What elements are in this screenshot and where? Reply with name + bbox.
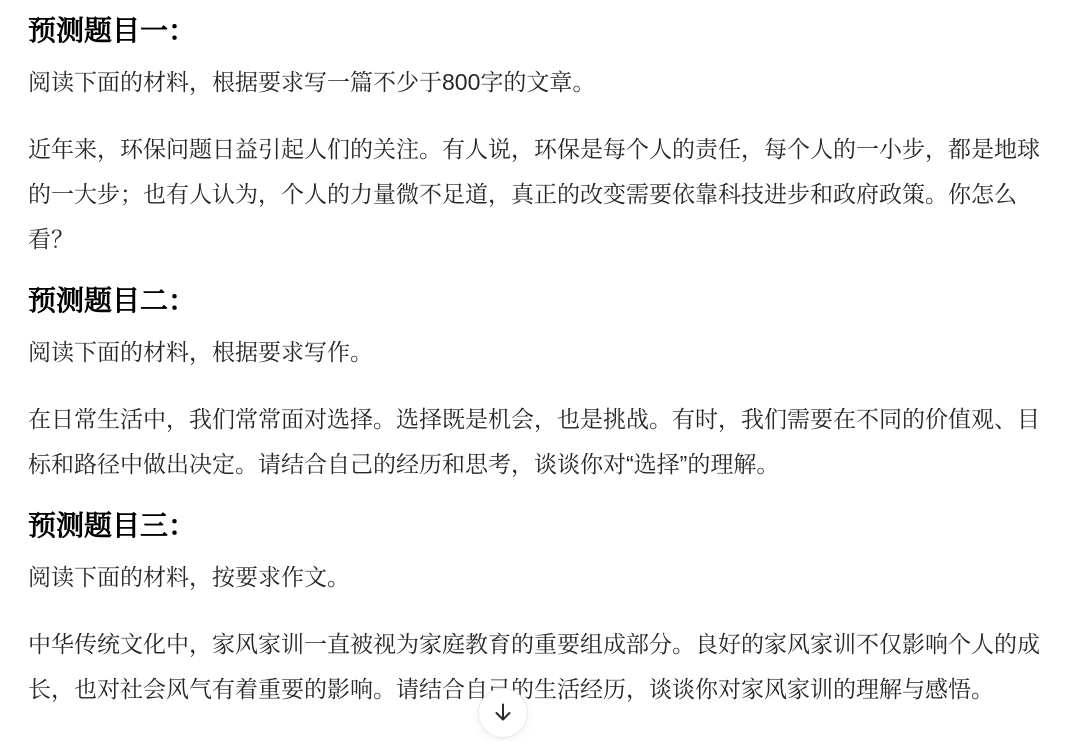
topic-3-heading: 预测题目三： [28,509,1052,543]
topic-2-material: 在日常生活中，我们常常面对选择。选择既是机会，也是挑战。有时，我们需要在不同的价… [28,397,1052,487]
arrow-down-icon [491,701,515,725]
topic-2-instruction: 阅读下面的材料，根据要求写作。 [28,330,1052,375]
section-topic-2: 预测题目二： 阅读下面的材料，根据要求写作。 在日常生活中，我们常常面对选择。选… [28,284,1052,487]
topic-3-material: 中华传统文化中，家风家训一直被视为家庭教育的重要组成部分。良好的家风家训不仅影响… [28,622,1052,712]
scroll-to-bottom-button[interactable] [478,688,528,738]
topic-1-heading: 预测题目一： [28,14,1052,48]
topic-3-instruction: 阅读下面的材料，按要求作文。 [28,555,1052,600]
topic-2-heading: 预测题目二： [28,284,1052,318]
section-topic-1: 预测题目一： 阅读下面的材料，根据要求写一篇不少于800字的文章。 近年来，环保… [28,14,1052,262]
section-topic-3: 预测题目三： 阅读下面的材料，按要求作文。 中华传统文化中，家风家训一直被视为家… [28,509,1052,712]
topic-1-instruction: 阅读下面的材料，根据要求写一篇不少于800字的文章。 [28,60,1052,105]
topic-1-material: 近年来，环保问题日益引起人们的关注。有人说，环保是每个人的责任，每个人的一小步，… [28,127,1052,262]
document-content: 预测题目一： 阅读下面的材料，根据要求写一篇不少于800字的文章。 近年来，环保… [28,14,1052,712]
